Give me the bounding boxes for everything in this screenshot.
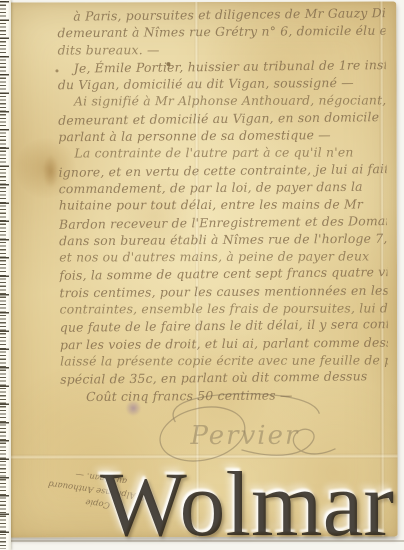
signature-top-sweep [173, 394, 319, 422]
scanned-letter-photo: à Paris, poursuites et diligences de Mr … [0, 0, 404, 550]
ink-speck [55, 69, 58, 72]
signature-name: Pervier [189, 421, 299, 451]
handwritten-line: Bardon receveur de l'Enregistrement et d… [59, 212, 387, 233]
handwritten-line: demeurant à Nîmes rue Grétry n° 6, domic… [57, 22, 385, 42]
handwritten-line: demeurant et domicilié au Vigan, en son … [58, 108, 386, 129]
handwritten-line: La contrainte de l'autre part à ce qu'il… [58, 144, 386, 162]
handwritten-line: huitaine pour tout délai, entre les main… [59, 196, 387, 214]
handwritten-line: commandement, de par la loi, de payer da… [59, 178, 387, 198]
faded-stamp-mark [125, 400, 141, 416]
ink-speck [166, 62, 170, 66]
ink-blotch [43, 154, 59, 188]
handwritten-line: Ai signifié à Mr Alphonse Anthouard, nég… [58, 92, 386, 110]
handwritten-line: Je, Émile Portier, huissier au tribunal … [58, 56, 386, 77]
letter-body-handwriting: à Paris, poursuites et diligences de Mr … [57, 5, 388, 405]
handwritten-line: par les voies de droit, et lui ai, parla… [60, 333, 388, 353]
handwritten-line: ignore, et en vertu de cette contrainte,… [58, 160, 386, 181]
ruler-measuring-tape [0, 0, 11, 550]
handwritten-line: trois centimes, pour les causes mentionn… [59, 281, 387, 301]
watermark-text: Wolmar [100, 458, 394, 550]
